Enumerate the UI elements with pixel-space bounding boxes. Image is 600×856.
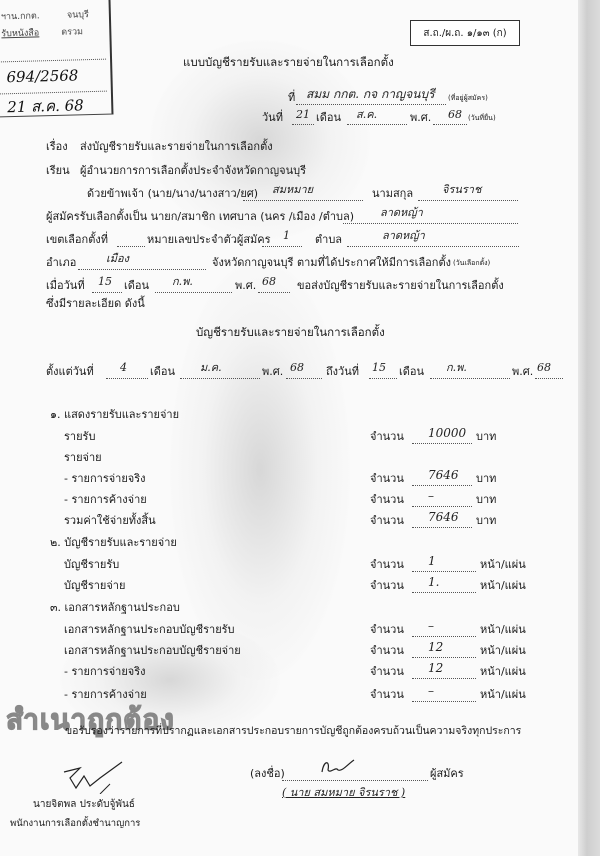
name-label: ด้วยข้าพเจ้า (นาย/นาง/นางสาว/ยศ) [87,188,258,199]
surname-line [418,200,518,201]
candidate-no-label: หมายเลขประจำตัวผู้สมัคร [147,234,271,245]
line-item-label: เอกสารหลักฐานประกอบบัญชีรายจ่าย [64,645,241,656]
from-year: 68 [290,362,304,373]
officer-signature [60,758,130,794]
line-item-unit: หน้า/แผ่น [480,580,526,591]
amount-label: จำนวน [370,666,404,677]
amount-label: จำนวน [370,473,404,484]
date-month-line [347,124,407,125]
date-month: ส.ค. [356,109,377,120]
on-date-month: ก.พ. [172,276,193,287]
position-value: ลาดหญ้า [380,207,423,218]
line-item-value: 7646 [428,469,459,481]
sign-label: (ลงชื่อ) [250,768,285,779]
line-item-unit: หน้า/แผ่น [480,689,526,700]
line-item-unit: บาท [476,494,496,505]
on-date-year: 68 [262,276,276,287]
from-day: 4 [120,362,127,373]
amount-label: จำนวน [370,494,404,505]
line-item-value: 1 [428,555,436,567]
to-text: ผู้อำนวยการการเลือกตั้งประจำจังหวัดกาญจน… [80,165,306,176]
address-hint: (ที่อยู่ผู้สมัคร) [448,95,488,102]
section-heading: ๒. บัญชีรายรับและรายจ่าย [50,537,177,548]
to-day-line [369,378,397,379]
amphoe-line [78,269,206,270]
stamp-line1: ฯาน.กกต. [1,8,40,23]
line-item-value: 12 [428,641,443,653]
line-item-value: – [428,685,434,697]
amount-label: จำนวน [370,515,404,526]
on-year-label: พ.ศ. [235,280,256,291]
name-value: สมหมาย [272,184,313,195]
line-item-value: 12 [428,662,443,674]
amount-line [412,657,476,658]
amount-label: จำนวน [370,689,404,700]
form-title: แบบบัญชีรายรับและรายจ่ายในการเลือกตั้ง [183,57,394,69]
stamp-date: 21 ส.ค. 68 [7,93,84,119]
from-year-label: พ.ศ. [262,366,283,377]
amount-line [412,443,472,444]
line-item-label: - รายการจ่ายจริง [64,666,146,677]
on-date-day: 15 [98,276,112,287]
district-line [117,246,145,247]
address-label: ที่ [288,92,295,103]
amount-label: จำนวน [370,559,404,570]
line-item-label: - รายการค้างจ่าย [64,494,147,505]
line-item-label: บัญชีรายจ่าย [64,580,125,591]
subject-text: ส่งบัญชีรายรับและรายจ่ายในการเลือกตั้ง [80,141,273,152]
district-label: เขตเลือกตั้งที่ [46,234,108,245]
line-item-unit: หน้า/แผ่น [480,559,526,570]
amount-label: จำนวน [370,431,404,442]
signer-role: ผู้สมัคร [430,768,464,779]
date-day: 21 [296,109,310,120]
stamp-number: 694/2568 [6,66,78,86]
details-text: ซึ่งมีรายละเอียด ดังนี้ [46,298,145,309]
receipt-stamp: ฯาน.กกต. จนบุรี รับหนังสือ ดรวม 694/2568… [0,0,113,117]
page-edge-shadow [578,0,600,856]
to-year-label: พ.ศ. [512,366,533,377]
line-item-label: บัญชีรายรับ [64,559,119,570]
name-line [243,200,363,201]
from-month-label: เดือน [150,366,175,377]
line-item-label: รายรับ [64,431,95,442]
line-item-value: – [428,620,434,632]
line-item-label: เอกสารหลักฐานประกอบบัญชีรายรับ [64,624,235,635]
date-year-label: พ.ศ. [410,112,431,123]
from-month-line [180,378,260,379]
to-year: 68 [537,362,551,373]
line-item-unit: บาท [476,473,496,484]
line-item-unit: หน้า/แผ่น [480,645,526,656]
election-hint: (วันเลือกตั้ง) [453,260,490,267]
amount-line [412,592,476,593]
stamp-line2: รับหนังสือ [1,25,39,40]
subject-label: เรื่อง [46,141,68,152]
province-text: จังหวัดกาญจนบุรี ตามที่ได้ประกาศให้มีการ… [212,257,451,268]
position-line [343,223,518,224]
submit-text: ขอส่งบัญชีรายรับและรายจ่ายในการเลือกตั้ง [297,280,504,291]
on-date-line [92,292,122,293]
stamp-line2-right: ดรวม [61,24,83,39]
signature-line [282,780,428,781]
amount-line [412,678,476,679]
scan-shadow [170,260,350,680]
signer-printed-name: ( นาย สมหมาย จิรนราช ) [282,787,405,798]
on-date-label: เมื่อวันที่ [46,280,85,291]
to-month-label: เดือน [399,366,424,377]
line-item-label: - รายการจ่ายจริง [64,473,146,484]
tambon-label: ตำบล [315,234,342,245]
amount-line [412,636,476,637]
date-label: วันที่ [262,112,283,123]
from-label: ตั้งแต่วันที่ [46,366,94,377]
address-value: สมม กกต. กจ กาญจนบุรี [306,88,435,100]
section-heading: ๓. เอกสารหลักฐานประกอบ [50,602,180,613]
to-day: 15 [372,362,386,373]
amount-line [412,571,476,572]
on-month-line [155,292,232,293]
stamp-divider [0,59,106,63]
date-day-line [292,124,314,125]
line-item-unit: หน้า/แผ่น [480,624,526,635]
to-month-line [430,378,510,379]
officer-name: นายจิตพล ประดับจู้พันธ์ [33,800,135,810]
to-label: ถึงวันที่ [326,366,359,377]
from-year-line [286,378,322,379]
section-heading: ๑. แสดงรายรับและรายจ่าย [50,409,179,420]
form-code: ส.ถ./ผ.ถ. ๑/๑๓ (ก) [423,26,506,41]
amount-label: จำนวน [370,645,404,656]
on-year-line [258,292,290,293]
from-month: ม.ค. [200,362,222,373]
stamp-line1-right: จนบุรี [67,7,89,22]
form-code-box: ส.ถ./ผ.ถ. ๑/๑๓ (ก) [410,20,520,46]
candidate-no-value: 1 [283,230,290,241]
from-day-line [106,378,148,379]
officer-position: พนักงานการเลือกตั้งชำนาญการ [10,819,140,829]
date-month-label: เดือน [316,112,341,123]
on-month-label: เดือน [124,280,149,291]
amount-line [412,527,472,528]
to-label: เรียน [46,165,70,176]
surname-value: จิรนราช [442,184,481,195]
line-item-label: รวมค่าใช้จ่ายทั้งสิ้น [64,515,156,526]
line-item-unit: บาท [476,431,496,442]
tambon-value: ลาดหญ้า [382,230,425,241]
account-title: บัญชีรายรับและรายจ่ายในการเลือกตั้ง [196,327,385,339]
date-year-line [433,124,467,125]
surname-label: นามสกุล [372,188,413,199]
candidate-no-line [262,246,302,247]
position-label: ผู้สมัครรับเลือกตั้งเป็น นายก/สมาชิก เทศ… [46,211,354,222]
date-year: 68 [448,109,462,120]
amphoe-value: เมือง [106,253,129,264]
tambon-line [347,246,519,247]
amphoe-label: อำเภอ [46,257,76,268]
address-line [296,104,446,105]
certification-text: ขอรับรองว่ารายการที่ปรากฏและเอกสารประกอบ… [65,726,521,737]
amount-line [412,485,472,486]
line-item-label: รายจ่าย [64,452,102,463]
amount-line [412,701,476,702]
to-month: ก.พ. [446,362,467,373]
to-year-line [535,378,563,379]
amount-label: จำนวน [370,580,404,591]
scanned-document: ฯาน.กกต. จนบุรี รับหนังสือ ดรวม 694/2568… [0,0,600,856]
line-item-value: 7646 [428,511,459,523]
amount-line [412,506,472,507]
line-item-unit: หน้า/แผ่น [480,666,526,677]
line-item-value: 1. [428,576,439,588]
line-item-value: 10000 [428,427,466,439]
candidate-signature [318,758,358,778]
date-hint: (วันที่ยื่น) [468,115,496,122]
amount-label: จำนวน [370,624,404,635]
line-item-value: – [428,490,434,502]
line-item-unit: บาท [476,515,496,526]
